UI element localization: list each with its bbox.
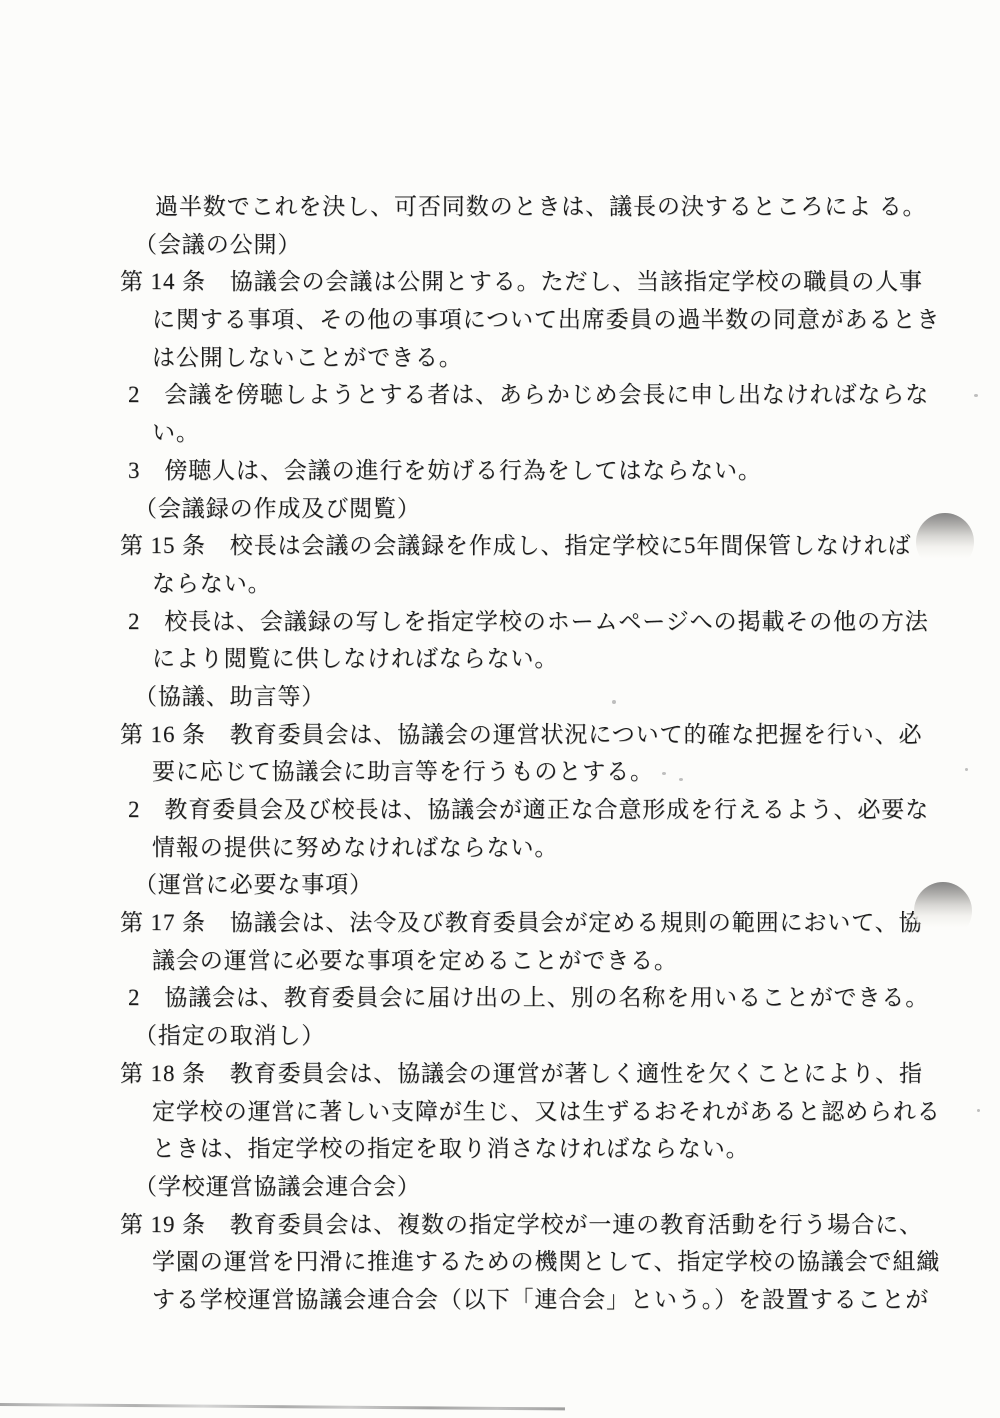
text-line: 2 教育委員会及び校長は、協議会が適正な合意形成を行えるよう、必要な [120, 791, 940, 829]
text-line: により閲覧に供しなければならない。 [120, 640, 940, 678]
text-line: （指定の取消し） [120, 1017, 940, 1055]
scanned-document-page: 過半数でこれを決し、可否同数のときは、議長の決するところによ る。（会議の公開）… [0, 0, 1000, 1418]
text-line: （運営に必要な事項） [120, 866, 940, 904]
text-line: 2 協議会は、教育委員会に届け出の上、別の名称を用いることができる。 [120, 979, 940, 1017]
text-line: 第 17 条 協議会は、法令及び教育委員会が定める規則の範囲において、協 [120, 904, 940, 942]
text-line: い。 [120, 414, 940, 452]
scan-speck [974, 394, 978, 397]
text-line: 過半数でこれを決し、可否同数のときは、議長の決するところによ る。 [120, 188, 940, 226]
scan-speck [662, 772, 666, 775]
scan-speck [612, 700, 616, 704]
text-line: する学校運営協議会連合会（以下「連合会」という。）を設置することが [120, 1281, 940, 1319]
text-line: （会議の公開） [120, 226, 940, 264]
text-line: 第 14 条 協議会の会議は公開とする。ただし、当該指定学校の職員の人事 [120, 263, 940, 301]
text-line: 要に応じて協議会に助言等を行うものとする。 [120, 753, 940, 791]
text-line: 第 19 条 教育委員会は、複数の指定学校が一連の教育活動を行う場合に、 [120, 1206, 940, 1244]
scan-speck [965, 768, 968, 771]
punch-hole-shadow [916, 513, 974, 571]
text-line: 学園の運営を円滑に推進するための機関として、指定学校の協議会で組織 [120, 1243, 940, 1281]
text-line: 定学校の運営に著しい支障が生じ、又は生ずるおそれがあると認められる [120, 1093, 940, 1131]
text-line: は公開しないことができる。 [120, 339, 940, 377]
text-line: 第 18 条 教育委員会は、協議会の運営が著しく適性を欠くことにより、指 [120, 1055, 940, 1093]
text-line: 情報の提供に努めなければならない。 [120, 829, 940, 867]
text-line: ならない。 [120, 565, 940, 603]
text-line: 第 16 条 教育委員会は、協議会の運営状況について的確な把握を行い、必 [120, 716, 940, 754]
document-body: 過半数でこれを決し、可否同数のときは、議長の決するところによ る。（会議の公開）… [120, 188, 940, 1319]
text-line: （協議、助言等） [120, 678, 940, 716]
scan-speck [977, 1109, 980, 1112]
text-line: に関する事項、その他の事項について出席委員の過半数の同意があるとき [120, 301, 940, 339]
text-line: （会議録の作成及び閲覧） [120, 490, 940, 528]
bottom-scan-edge-line [0, 1403, 565, 1410]
text-line: ときは、指定学校の指定を取り消さなければならない。 [120, 1130, 940, 1168]
scan-speck [679, 778, 683, 781]
text-line: 2 校長は、会議録の写しを指定学校のホームページへの掲載その他の方法 [120, 603, 940, 641]
text-line: 議会の運営に必要な事項を定めることができる。 [120, 942, 940, 980]
text-line: 第 15 条 校長は会議の会議録を作成し、指定学校に5年間保管しなければ [120, 527, 940, 565]
text-line: 2 会議を傍聴しようとする者は、あらかじめ会長に申し出なければならな [120, 376, 940, 414]
text-line: （学校運営協議会連合会） [120, 1168, 940, 1206]
text-line: 3 傍聴人は、会議の進行を妨げる行為をしてはならない。 [120, 452, 940, 490]
punch-hole-shadow [914, 882, 972, 940]
